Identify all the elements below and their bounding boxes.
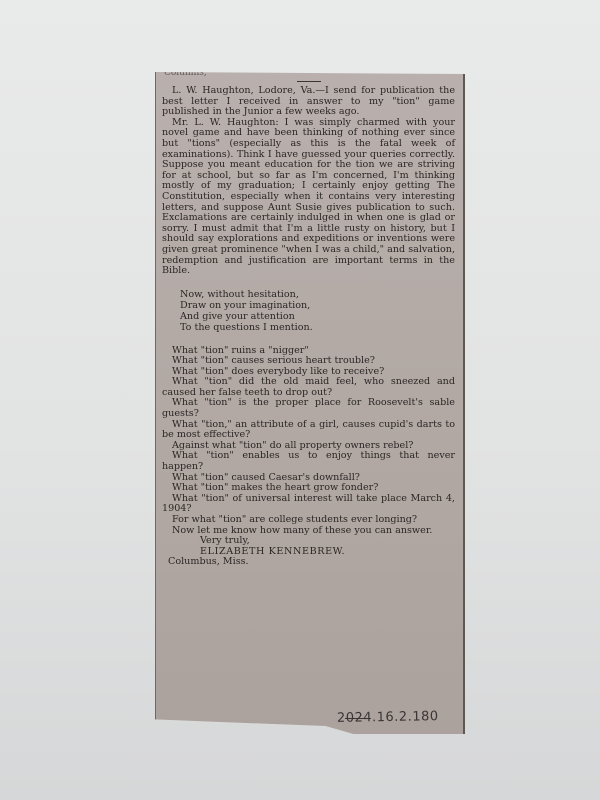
question: What "tion" did the old maid feel, who s… [162, 377, 455, 398]
verse: Now, without hesitation, Draw on your im… [180, 289, 455, 334]
question: What "tion," an attribute of a girl, cau… [162, 420, 455, 441]
section-divider [297, 81, 321, 82]
newspaper-clipping: Columns, L. W. Haughton, Lodore, Va.—I s… [155, 72, 465, 734]
question: What "tion" of universal interest will t… [162, 494, 455, 515]
verse-line: And give your attention [180, 311, 455, 322]
verse-line: To the questions I mention. [180, 322, 455, 333]
questions-list: What "tion" ruins a "nigger" What "tion"… [162, 346, 455, 537]
location: Columbus, Miss. [168, 557, 455, 568]
question: For what "tion" are college students eve… [162, 515, 455, 526]
question: What "tion" is the proper place for Roos… [162, 398, 455, 419]
letter-body: Mr. L. W. Haughton: I was simply charmed… [162, 118, 455, 277]
question: What "tion" enables us to enjoy things t… [162, 451, 455, 472]
verse-line: Draw on your imagination, [180, 300, 455, 311]
cut-off-text: Columns, [164, 68, 207, 79]
verse-line: Now, without hesitation, [180, 289, 455, 300]
accession-number: 2024.16.2.180 [337, 713, 439, 725]
intro-paragraph: L. W. Haughton, Lodore, Va.—I send for p… [162, 86, 455, 118]
